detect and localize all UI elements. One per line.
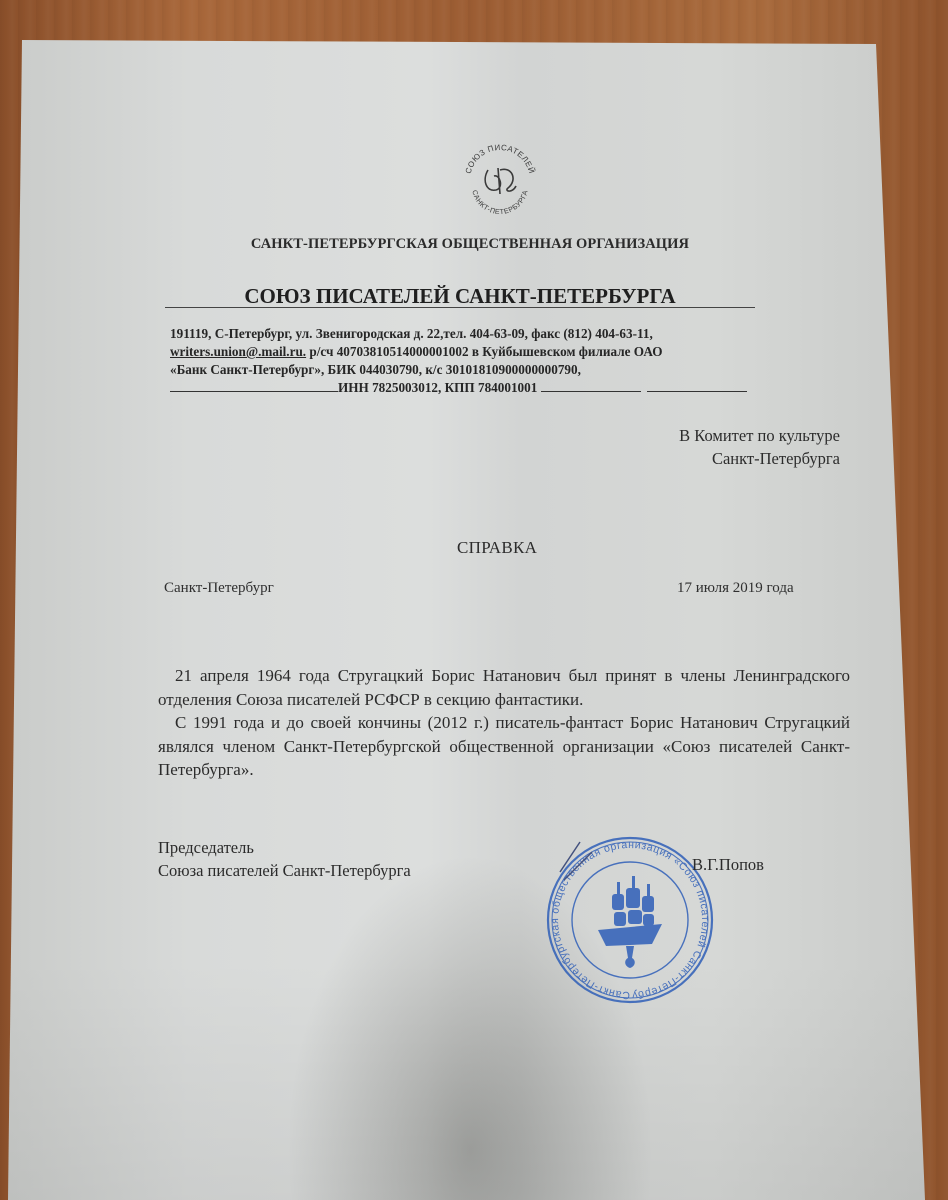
document: СОЮЗ ПИСАТЕЛЕЙ САНКТ-ПЕТЕРБУРГА САНКТ-ПЕ… <box>0 0 948 1200</box>
addressee: В Комитет по культуре Санкт-Петербурга <box>679 424 840 470</box>
document-date: 17 июля 2019 года <box>677 580 794 597</box>
email-link[interactable]: writers.union@.mail.ru. <box>170 344 306 359</box>
bank-line: «Банк Санкт-Петербург», БИК 044030790, к… <box>170 361 790 379</box>
body-paragraph: 21 апреля 1964 года Стругацкий Борис Нат… <box>158 664 850 711</box>
address-line: 191119, С-Петербург, ул. Звенигородская … <box>170 325 790 343</box>
body-paragraph: С 1991 года и до своей кончины (2012 г.)… <box>158 711 850 782</box>
tax-line: ИНН 7825003012, КПП 784001001 <box>338 380 537 395</box>
document-body: 21 апреля 1964 года Стругацкий Борис Нат… <box>158 664 850 782</box>
organization-name-line: СОЮЗ ПИСАТЕЛЕЙ САНКТ-ПЕТЕРБУРГА <box>165 282 755 308</box>
addressee-line-2: Санкт-Петербурга <box>679 447 840 470</box>
organization-type: САНКТ-ПЕТЕРБУРГСКАЯ ОБЩЕСТВЕННАЯ ОРГАНИЗ… <box>160 236 780 253</box>
blank-line <box>170 379 338 392</box>
account-line: р/сч 40703810514000001002 в Куйбышевском… <box>306 344 662 359</box>
addressee-line-1: В Комитет по культуре <box>679 424 840 447</box>
letterhead-requisites: 191119, С-Петербург, ул. Звенигородская … <box>170 325 790 397</box>
document-place: Санкт-Петербург <box>164 580 274 597</box>
blank-line <box>541 379 641 392</box>
writers-union-monogram-logo-icon: СОЮЗ ПИСАТЕЛЕЙ САНКТ-ПЕТЕРБУРГА <box>460 140 540 218</box>
signatory-position-line-1: Председатель <box>158 836 411 859</box>
signatory-name: В.Г.Попов <box>692 855 764 875</box>
document-title: СПРАВКА <box>457 538 537 558</box>
organization-name: СОЮЗ ПИСАТЕЛЕЙ САНКТ-ПЕТЕРБУРГА <box>244 284 675 308</box>
blank-line <box>647 379 747 392</box>
signatory-position: Председатель Союза писателей Санкт-Петер… <box>158 836 411 882</box>
signatory-position-line-2: Союза писателей Санкт-Петербурга <box>158 859 411 882</box>
